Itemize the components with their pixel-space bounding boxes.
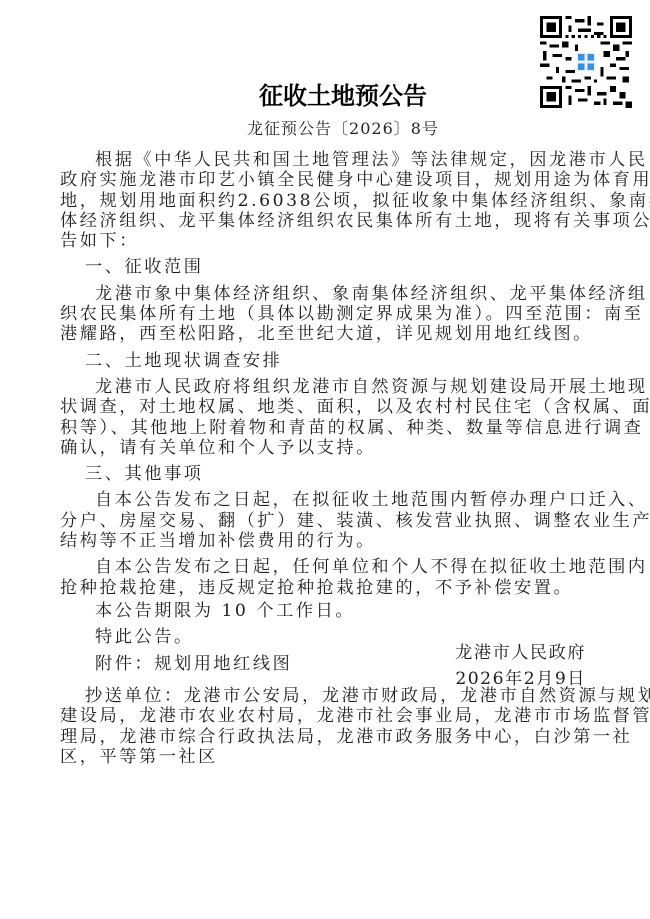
text-line: 龙港市象中集体经济组织、象南集体经济组织、龙平集体经济组 <box>60 284 595 304</box>
text-line: 确认，请有关单位和个人予以支持。 <box>60 438 595 458</box>
period-notice: 本公告期限为 10 个工作日。 <box>60 601 595 621</box>
text-line: 根据《中华人民共和国土地管理法》等法律规定，因龙港市人民 <box>60 150 595 170</box>
text-line: 自本公告发布之日起，在拟征收土地范围内暂停办理户口迁入、 <box>60 490 595 510</box>
text-line: 港耀路，西至松阳路，北至世纪大道，详见规划用地红线图。 <box>60 324 595 344</box>
text-line: 区，平等第一社区 <box>60 747 595 767</box>
text-line: 理局，龙港市综合行政执法局，龙港市政务服务中心，白沙第一社 <box>60 727 595 747</box>
text-line: 地，规划用地面积约2.6038公顷，拟征收象中集体经济组织、象南集 <box>60 191 595 211</box>
text-line: 状调查，对土地权属、地类、面积，以及农村村民住宅（含权属、面 <box>60 397 595 417</box>
notice-body: 根据《中华人民共和国土地管理法》等法律规定，因龙港市人民 政府实施龙港市印艺小镇… <box>60 150 595 674</box>
text-line: 抄送单位：龙港市公安局，龙港市财政局，龙港市自然资源与规划 <box>60 686 595 706</box>
text-line: 分户、房屋交易、翻（扩）建、装潢、核发营业执照、调整农业生产 <box>60 511 595 531</box>
cc-list: 抄送单位：龙港市公安局，龙港市财政局，龙港市自然资源与规划 建设局，龙港市农业农… <box>60 686 595 767</box>
text-line: 自本公告发布之日起，任何单位和个人不得在拟征收土地范围内 <box>60 557 595 577</box>
text-line: 龙港市人民政府将组织龙港市自然资源与规划建设局开展土地现 <box>60 377 595 397</box>
section-heading: 三、其他事项 <box>60 464 595 484</box>
section-heading: 一、征收范围 <box>60 257 595 277</box>
section-paragraph: 自本公告发布之日起，在拟征收土地范围内暂停办理户口迁入、 分户、房屋交易、翻（扩… <box>60 490 595 551</box>
issuer-name: 龙港市人民政府 <box>455 638 586 663</box>
text-line: 告如下： <box>60 231 595 251</box>
page-title: 征收土地预公告 <box>0 76 650 111</box>
text-line: 抢种抢栽抢建，违反规定抢种抢栽抢建的，不予补偿安置。 <box>60 578 595 598</box>
text-line: 结构等不正当增加补偿费用的行为。 <box>60 531 595 551</box>
section-paragraph: 龙港市象中集体经济组织、象南集体经济组织、龙平集体经济组 织农民集体所有土地（具… <box>60 284 595 345</box>
text-line: 积等）、其他地上附着物和青苗的权属、种类、数量等信息进行调查 <box>60 418 595 438</box>
document-number: 龙征预公告〔2026〕8号 <box>0 116 650 139</box>
section-heading: 二、土地现状调查安排 <box>60 351 595 371</box>
text-line: 政府实施龙港市印艺小镇全民健身中心建设项目，规划用途为体育用 <box>60 170 595 190</box>
section-paragraph: 自本公告发布之日起，任何单位和个人不得在拟征收土地范围内 抢种抢栽抢建，违反规定… <box>60 557 595 598</box>
text-line: 建设局，龙港市农业农村局，龙港市社会事业局，龙港市市场监督管 <box>60 706 595 726</box>
section-paragraph: 龙港市人民政府将组织龙港市自然资源与规划建设局开展土地现 状调查，对土地权属、地… <box>60 377 595 458</box>
text-line: 织农民集体所有土地（具体以勘测定界成果为准）。四至范围：南至 <box>60 304 595 324</box>
intro-paragraph: 根据《中华人民共和国土地管理法》等法律规定，因龙港市人民 政府实施龙港市印艺小镇… <box>60 150 595 251</box>
text-line: 体经济组织、龙平集体经济组织农民集体所有土地，现将有关事项公 <box>60 211 595 231</box>
